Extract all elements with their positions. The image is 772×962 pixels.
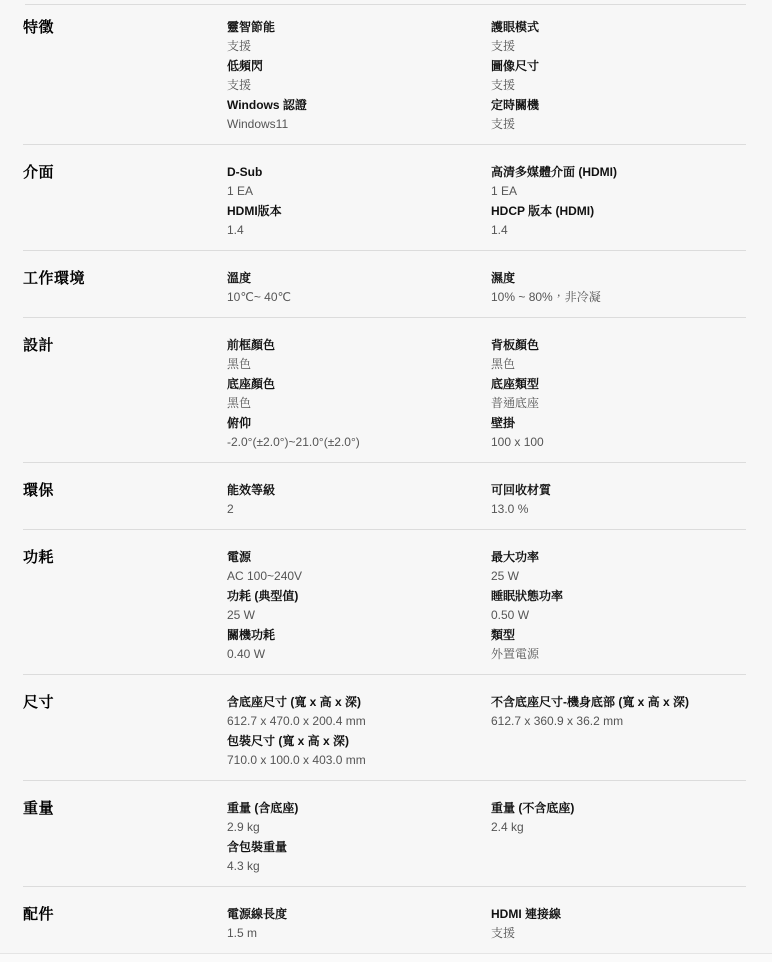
spec-pairs-grid: 重量 (含底座)2.9 kg重量 (不含底座)2.4 kg含包裝重量4.3 kg [227, 801, 746, 879]
spec-label: 前框顏色 [227, 338, 491, 353]
spec-value: 0.40 W [227, 647, 491, 662]
spec-pairs-grid: 電源線長度1.5 mHDMI 連接線支援 [227, 907, 746, 946]
spec-value: AC 100~240V [227, 569, 491, 584]
spec-label: 俯仰 [227, 416, 491, 431]
spec-value: 支援 [227, 78, 491, 93]
spec-label: 低頻閃 [227, 59, 491, 74]
spec-pair: 關機功耗0.40 W [227, 628, 491, 662]
spec-pairs-grid: 電源AC 100~240V最大功率25 W功耗 (典型值)25 W睡眠狀態功率0… [227, 550, 746, 667]
spec-value: 支援 [491, 926, 746, 941]
spec-value: 黑色 [227, 396, 491, 411]
spec-label: 高清多媒體介面 (HDMI) [491, 165, 746, 180]
spec-pair: 底座顏色黑色 [227, 377, 491, 411]
spec-sheet: 特徵靈智節能支援護眼模式支援低頻閃支援圖像尺寸支援Windows 認證Windo… [0, 4, 772, 953]
spec-pair: 電源AC 100~240V [227, 550, 491, 584]
spec-label: 靈智節能 [227, 20, 491, 35]
spec-label: HDCP 版本 (HDMI) [491, 204, 746, 219]
spec-section: 環保能效等級2可回收材質13.0 % [23, 463, 746, 530]
spec-label: HDMI 連接線 [491, 907, 746, 922]
spec-label: 睡眠狀態功率 [491, 589, 746, 604]
spec-pair: 含包裝重量4.3 kg [227, 840, 491, 874]
spec-pair: 高清多媒體介面 (HDMI)1 EA [491, 165, 746, 199]
spec-pair: 能效等級2 [227, 483, 491, 517]
spec-pairs-grid: 溫度10℃~ 40℃濕度10% ~ 80%，非冷凝 [227, 271, 746, 310]
spec-pair: 前框顏色黑色 [227, 338, 491, 372]
spec-pair: 可回收材質13.0 % [491, 483, 746, 517]
section-title: 工作環境 [23, 271, 227, 287]
spec-value: 1 EA [491, 184, 746, 199]
spec-label: 護眼模式 [491, 20, 746, 35]
spec-pair: 圖像尺寸支援 [491, 59, 746, 93]
spec-label: 定時關機 [491, 98, 746, 113]
spec-value: 612.7 x 360.9 x 36.2 mm [491, 714, 746, 729]
spec-section: 介面D-Sub1 EA高清多媒體介面 (HDMI)1 EAHDMI版本1.4HD… [23, 145, 746, 251]
spec-label: 能效等級 [227, 483, 491, 498]
spec-value: 0.50 W [491, 608, 746, 623]
spec-pair: 不含底座尺寸-機身底部 (寬 x 高 x 深)612.7 x 360.9 x 3… [491, 695, 746, 729]
spec-section: 特徵靈智節能支援護眼模式支援低頻閃支援圖像尺寸支援Windows 認證Windo… [23, 5, 746, 145]
spec-pair: 壁掛100 x 100 [491, 416, 746, 450]
spec-pair: 睡眠狀態功率0.50 W [491, 589, 746, 623]
spec-value: -2.0°(±2.0°)~21.0°(±2.0°) [227, 435, 491, 450]
spec-value: 支援 [491, 78, 746, 93]
bottom-divider [0, 953, 772, 962]
spec-pairs-grid: 前框顏色黑色背板顏色黑色底座顏色黑色底座類型普通底座俯仰-2.0°(±2.0°)… [227, 338, 746, 455]
spec-value: 10% ~ 80%，非冷凝 [491, 290, 746, 305]
spec-pair: HDCP 版本 (HDMI)1.4 [491, 204, 746, 238]
spec-section: 設計前框顏色黑色背板顏色黑色底座顏色黑色底座類型普通底座俯仰-2.0°(±2.0… [23, 318, 746, 463]
spec-section: 重量重量 (含底座)2.9 kg重量 (不含底座)2.4 kg含包裝重量4.3 … [23, 781, 746, 887]
spec-label: 壁掛 [491, 416, 746, 431]
spec-value: 2.9 kg [227, 820, 491, 835]
spec-label: 背板顏色 [491, 338, 746, 353]
spec-pair: 靈智節能支援 [227, 20, 491, 54]
spec-value: 25 W [227, 608, 491, 623]
spec-pair: Windows 認證Windows11 [227, 98, 491, 132]
spec-value: 13.0 % [491, 502, 746, 517]
spec-value: 1.4 [491, 223, 746, 238]
spec-label: 含包裝重量 [227, 840, 491, 855]
spec-label: 功耗 (典型值) [227, 589, 491, 604]
spec-value: 710.0 x 100.0 x 403.0 mm [227, 753, 491, 768]
spec-value: 支援 [491, 39, 746, 54]
spec-value: Windows11 [227, 117, 491, 132]
spec-pair: D-Sub1 EA [227, 165, 491, 199]
spec-pair: 電源線長度1.5 m [227, 907, 491, 941]
spec-label: 包裝尺寸 (寬 x 高 x 深) [227, 734, 491, 749]
spec-section: 配件電源線長度1.5 mHDMI 連接線支援 [23, 887, 746, 953]
spec-label: 最大功率 [491, 550, 746, 565]
spec-label: 濕度 [491, 271, 746, 286]
section-title: 設計 [23, 338, 227, 354]
spec-label: 不含底座尺寸-機身底部 (寬 x 高 x 深) [491, 695, 746, 710]
spec-label: 溫度 [227, 271, 491, 286]
spec-pair: 俯仰-2.0°(±2.0°)~21.0°(±2.0°) [227, 416, 491, 450]
spec-value: 2.4 kg [491, 820, 746, 835]
spec-pair: 功耗 (典型值)25 W [227, 589, 491, 623]
spec-pair: 濕度10% ~ 80%，非冷凝 [491, 271, 746, 305]
spec-pair: 含底座尺寸 (寬 x 高 x 深)612.7 x 470.0 x 200.4 m… [227, 695, 491, 729]
spec-label: 底座類型 [491, 377, 746, 392]
spec-pair: 類型外置電源 [491, 628, 746, 662]
spec-pairs-grid: 含底座尺寸 (寬 x 高 x 深)612.7 x 470.0 x 200.4 m… [227, 695, 746, 773]
spec-section: 工作環境溫度10℃~ 40℃濕度10% ~ 80%，非冷凝 [23, 251, 746, 318]
spec-value: 612.7 x 470.0 x 200.4 mm [227, 714, 491, 729]
spec-value: 1.4 [227, 223, 491, 238]
spec-label: 電源線長度 [227, 907, 491, 922]
spec-label: 可回收材質 [491, 483, 746, 498]
spec-pair: HDMI版本1.4 [227, 204, 491, 238]
spec-sections: 特徵靈智節能支援護眼模式支援低頻閃支援圖像尺寸支援Windows 認證Windo… [23, 5, 746, 953]
spec-value: 25 W [491, 569, 746, 584]
spec-pair: 最大功率25 W [491, 550, 746, 584]
spec-label: 關機功耗 [227, 628, 491, 643]
spec-value: 4.3 kg [227, 859, 491, 874]
spec-label: D-Sub [227, 165, 491, 180]
spec-pairs-grid: D-Sub1 EA高清多媒體介面 (HDMI)1 EAHDMI版本1.4HDCP… [227, 165, 746, 243]
spec-pair: 背板顏色黑色 [491, 338, 746, 372]
spec-pair: 底座類型普通底座 [491, 377, 746, 411]
section-title: 配件 [23, 907, 227, 923]
spec-label: 底座顏色 [227, 377, 491, 392]
spec-value: 黑色 [491, 357, 746, 372]
spec-pair: HDMI 連接線支援 [491, 907, 746, 941]
section-title: 尺寸 [23, 695, 227, 711]
spec-pairs-grid: 能效等級2可回收材質13.0 % [227, 483, 746, 522]
spec-value: 黑色 [227, 357, 491, 372]
spec-label: 圖像尺寸 [491, 59, 746, 74]
spec-label: 電源 [227, 550, 491, 565]
spec-value: 10℃~ 40℃ [227, 290, 491, 305]
spec-value: 1 EA [227, 184, 491, 199]
spec-label: HDMI版本 [227, 204, 491, 219]
section-title: 介面 [23, 165, 227, 181]
spec-label: 類型 [491, 628, 746, 643]
spec-value: 100 x 100 [491, 435, 746, 450]
spec-value: 支援 [491, 117, 746, 132]
spec-label: 重量 (不含底座) [491, 801, 746, 816]
section-title: 環保 [23, 483, 227, 499]
spec-value: 普通底座 [491, 396, 746, 411]
spec-value: 1.5 m [227, 926, 491, 941]
spec-pair: 溫度10℃~ 40℃ [227, 271, 491, 305]
spec-section: 尺寸含底座尺寸 (寬 x 高 x 深)612.7 x 470.0 x 200.4… [23, 675, 746, 781]
spec-section: 功耗電源AC 100~240V最大功率25 W功耗 (典型值)25 W睡眠狀態功… [23, 530, 746, 675]
spec-pairs-grid: 靈智節能支援護眼模式支援低頻閃支援圖像尺寸支援Windows 認證Windows… [227, 20, 746, 137]
spec-pair: 低頻閃支援 [227, 59, 491, 93]
spec-label: 重量 (含底座) [227, 801, 491, 816]
spec-value: 支援 [227, 39, 491, 54]
spec-pair: 重量 (含底座)2.9 kg [227, 801, 491, 835]
spec-value: 2 [227, 502, 491, 517]
section-title: 特徵 [23, 20, 227, 36]
spec-pair: 定時關機支援 [491, 98, 746, 132]
spec-pair: 護眼模式支援 [491, 20, 746, 54]
section-title: 重量 [23, 801, 227, 817]
spec-value: 外置電源 [491, 647, 746, 662]
section-title: 功耗 [23, 550, 227, 566]
spec-pair: 包裝尺寸 (寬 x 高 x 深)710.0 x 100.0 x 403.0 mm [227, 734, 491, 768]
spec-label: 含底座尺寸 (寬 x 高 x 深) [227, 695, 491, 710]
spec-label: Windows 認證 [227, 98, 491, 113]
spec-pair: 重量 (不含底座)2.4 kg [491, 801, 746, 835]
